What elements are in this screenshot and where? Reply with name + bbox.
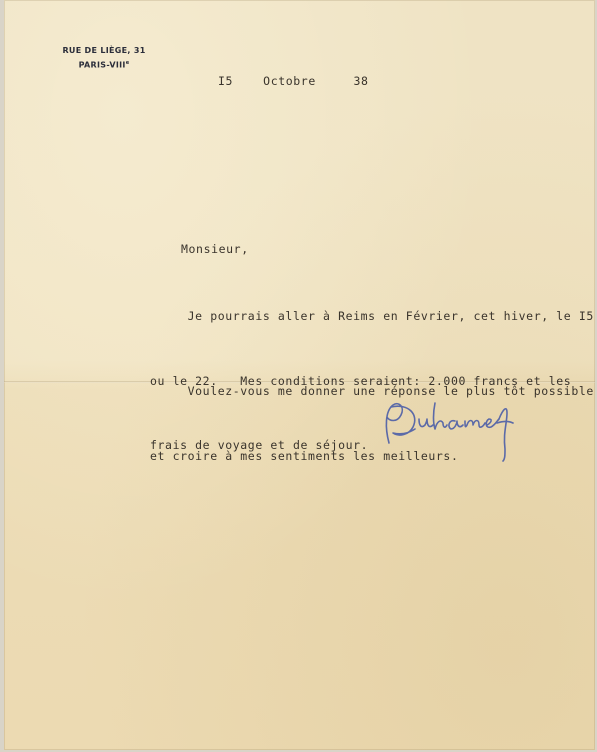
handwritten-signature: [379, 393, 529, 473]
signature-icon: [379, 393, 529, 473]
date-month: Octobre: [263, 74, 316, 88]
letter-date: I5 Octobre 38: [218, 74, 369, 88]
paragraph-line: Je pourrais aller à Reims en Février, ce…: [150, 306, 590, 328]
letterhead-city: PARIS-VIIIe: [49, 57, 159, 72]
date-day: I5: [218, 74, 233, 88]
letterhead-address: RUE DE LIÈGE, 31 PARIS-VIIIe: [49, 44, 159, 72]
letterhead-street: RUE DE LIÈGE, 31: [49, 44, 159, 57]
date-year: 38: [353, 74, 368, 88]
letter-page: RUE DE LIÈGE, 31 PARIS-VIIIe I5 Octobre …: [4, 0, 595, 750]
salutation: Monsieur,: [181, 242, 249, 256]
